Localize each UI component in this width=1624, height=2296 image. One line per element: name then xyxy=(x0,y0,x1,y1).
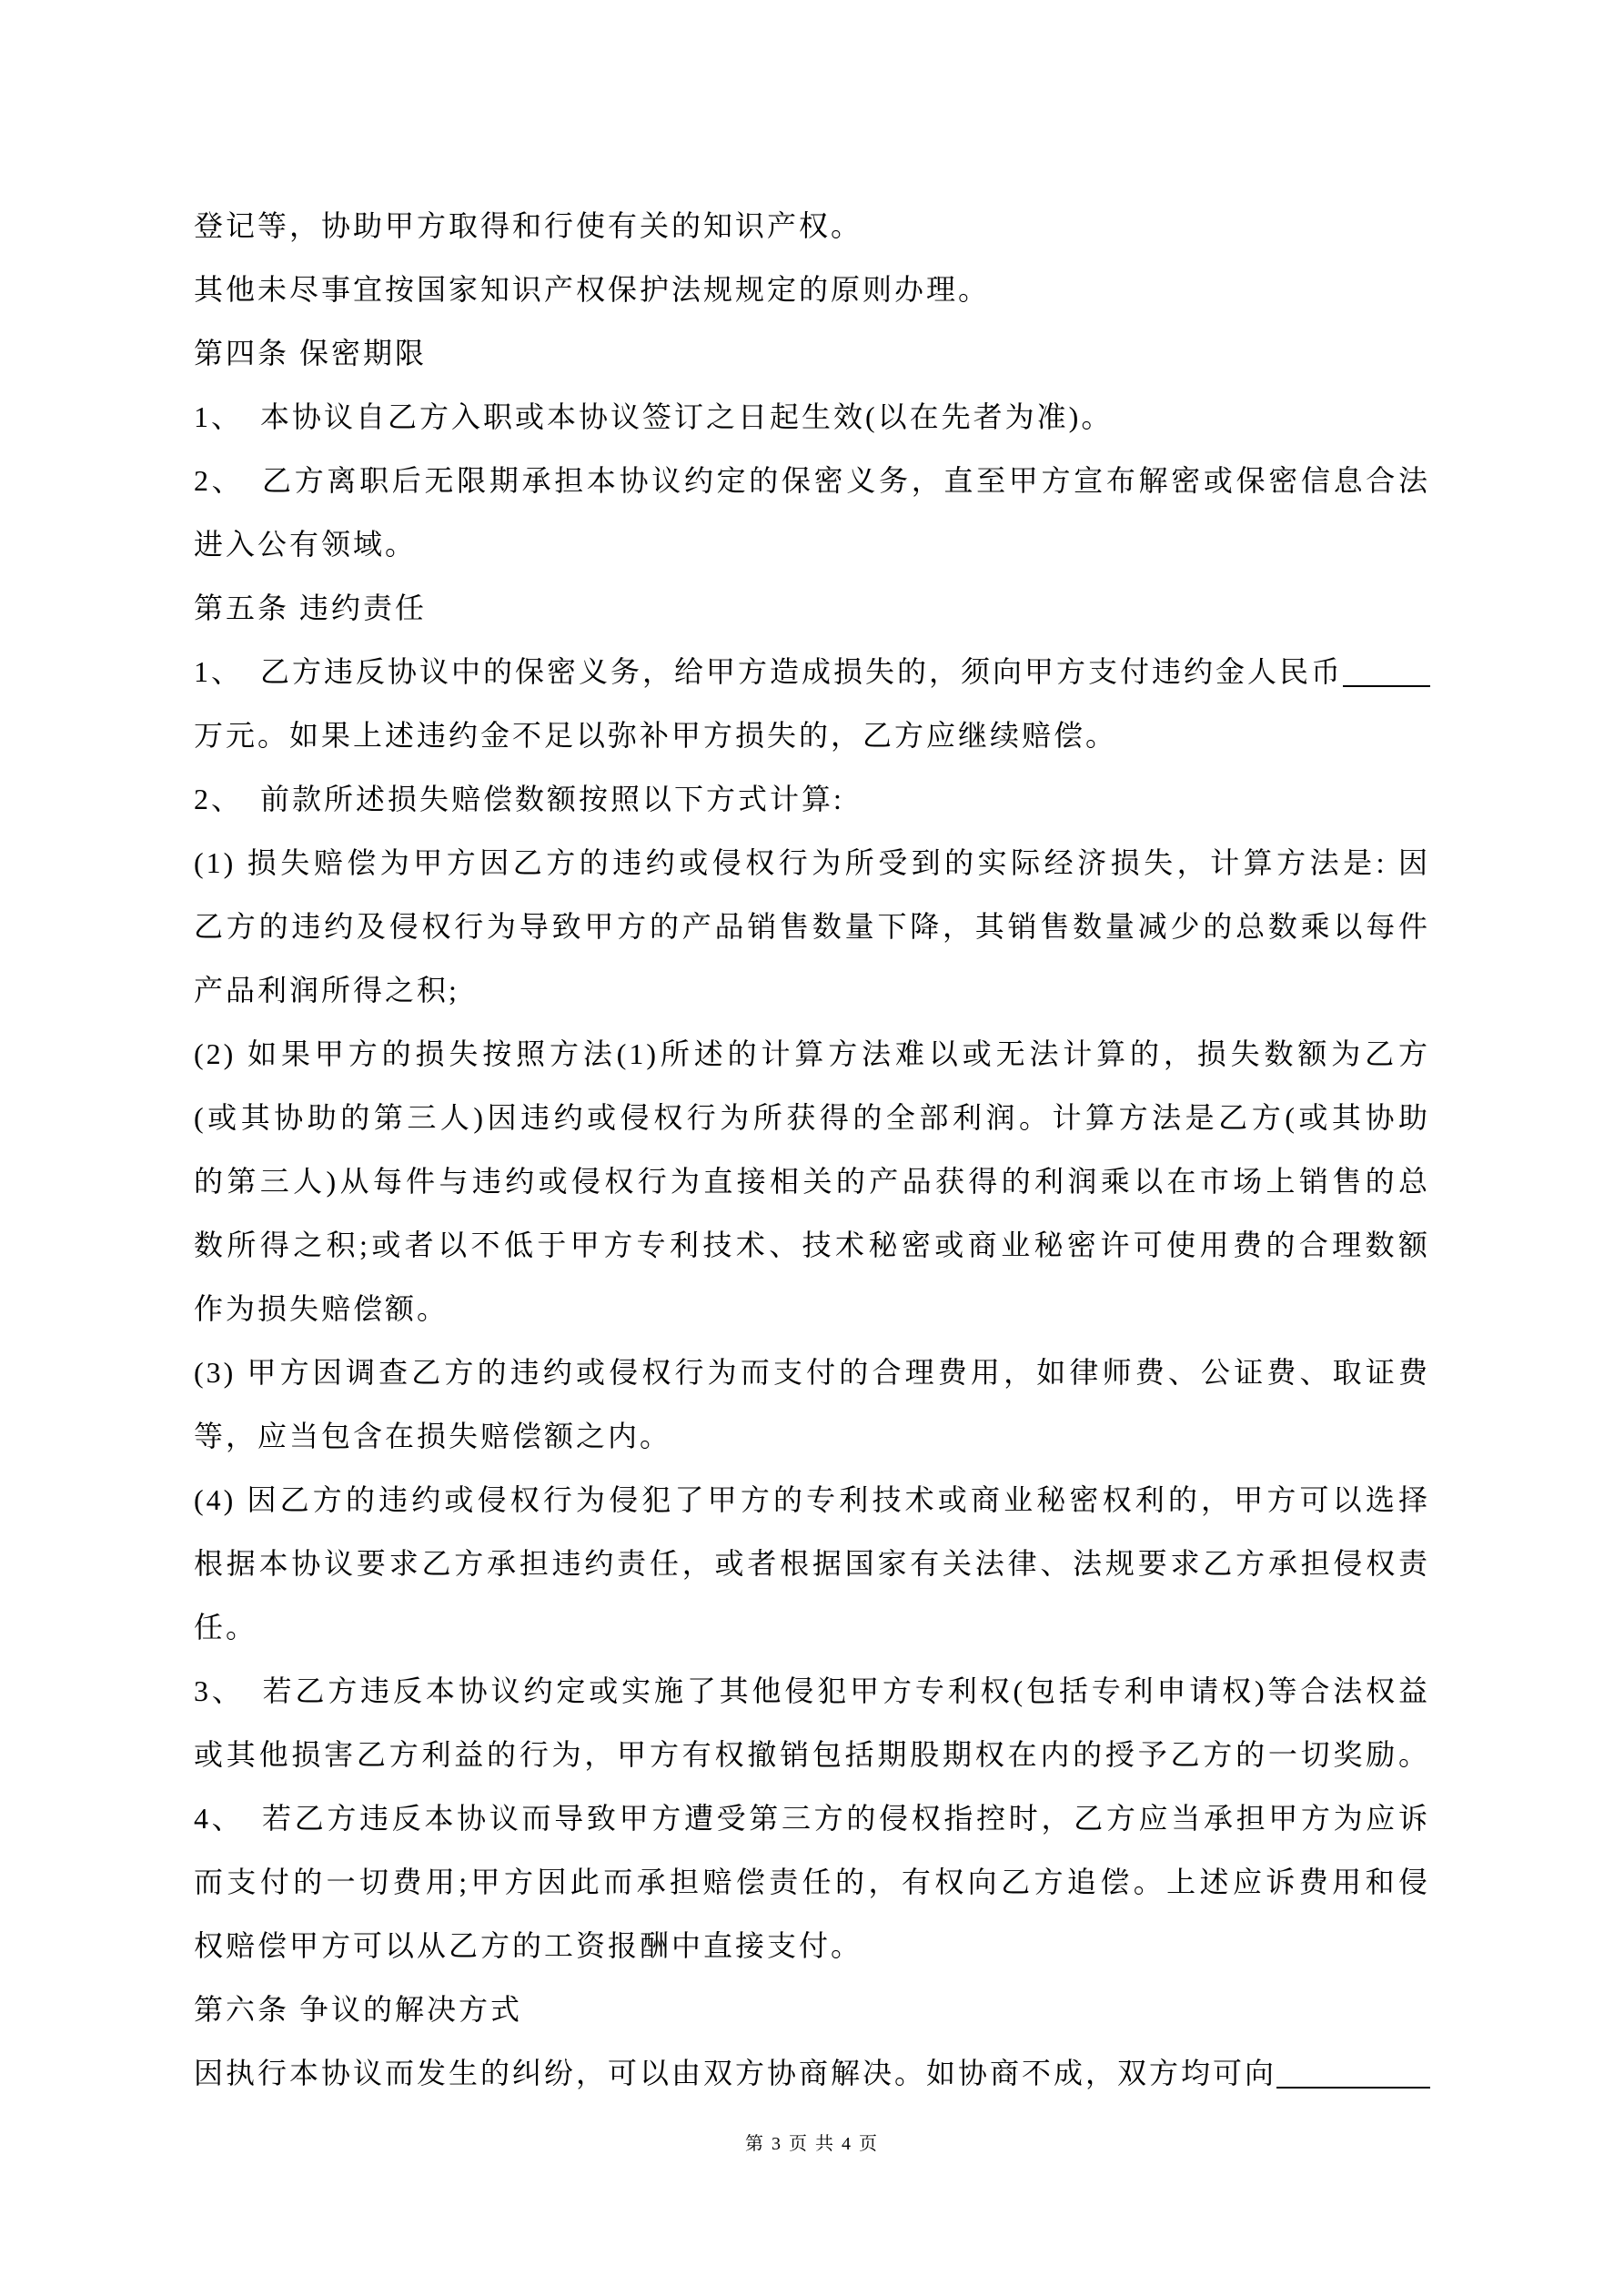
text-line: (3) 甲方因调查乙方的违约或侵权行为而支付的合理费用，如律师费、公证费、取证费 xyxy=(194,1340,1430,1404)
text-line-text: 1、 乙方违反协议中的保密义务，给甲方造成损失的，须向甲方支付违约金人民币 xyxy=(194,640,1343,703)
text-line: 其他未尽事宜按国家知识产权保护法规规定的原则办理。 xyxy=(194,258,1430,321)
text-line: 作为损失赔偿额。 xyxy=(194,1277,1430,1340)
text-line: 产品利润所得之积; xyxy=(194,958,1430,1022)
text-line: 或其他损害乙方利益的行为，甲方有权撤销包括期股期权在内的授予乙方的一切奖励。 xyxy=(194,1723,1430,1786)
text-line: 3、 若乙方违反本协议约定或实施了其他侵犯甲方专利权(包括专利申请权)等合法权益 xyxy=(194,1659,1430,1723)
text-line: 根据本协议要求乙方承担违约责任，或者根据国家有关法律、法规要求乙方承担侵权责 xyxy=(194,1532,1430,1595)
text-line: 因执行本协议而发生的纠纷，可以由双方协商解决。如协商不成，双方均可向 xyxy=(194,2041,1430,2105)
section-heading: 第六条 争议的解决方式 xyxy=(194,1977,1430,2041)
text-line: 而支付的一切费用;甲方因此而承担赔偿责任的，有权向乙方追偿。上述应诉费用和侵 xyxy=(194,1850,1430,1914)
text-line: 登记等，协助甲方取得和行使有关的知识产权。 xyxy=(194,194,1430,258)
document-body: 登记等，协助甲方取得和行使有关的知识产权。其他未尽事宜按国家知识产权保护法规规定… xyxy=(194,194,1430,2105)
page-footer: 第 3 页 共 4 页 xyxy=(0,2112,1624,2176)
document-page: 登记等，协助甲方取得和行使有关的知识产权。其他未尽事宜按国家知识产权保护法规规定… xyxy=(0,0,1624,2296)
section-heading: 第四条 保密期限 xyxy=(194,321,1430,385)
text-line: 2、 前款所述损失赔偿数额按照以下方式计算: xyxy=(194,767,1430,831)
text-line: 4、 若乙方违反本协议而导致甲方遭受第三方的侵权指控时，乙方应当承担甲方为应诉 xyxy=(194,1786,1430,1850)
text-line: 权赔偿甲方可以从乙方的工资报酬中直接支付。 xyxy=(194,1914,1430,1977)
blank-underline xyxy=(1276,2041,1430,2089)
text-line-text: 因执行本协议而发生的纠纷，可以由双方协商解决。如协商不成，双方均可向 xyxy=(194,2041,1276,2105)
text-line: 1、 乙方违反协议中的保密义务，给甲方造成损失的，须向甲方支付违约金人民币 xyxy=(194,640,1430,703)
section-heading: 第五条 违约责任 xyxy=(194,576,1430,640)
text-line: 乙方的违约及侵权行为导致甲方的产品销售数量下降，其销售数量减少的总数乘以每件 xyxy=(194,895,1430,958)
text-line: 进入公有领域。 xyxy=(194,512,1430,576)
text-line: (2) 如果甲方的损失按照方法(1)所述的计算方法难以或无法计算的，损失数额为乙… xyxy=(194,1022,1430,1086)
text-line: 万元。如果上述违约金不足以弥补甲方损失的，乙方应继续赔偿。 xyxy=(194,703,1430,767)
text-line: (或其协助的第三人)因违约或侵权行为所获得的全部利润。计算方法是乙方(或其协助 xyxy=(194,1086,1430,1149)
text-line: (4) 因乙方的违约或侵权行为侵犯了甲方的专利技术或商业秘密权利的，甲方可以选择 xyxy=(194,1468,1430,1532)
text-line: (1) 损失赔偿为甲方因乙方的违约或侵权行为所受到的实际经济损失，计算方法是: … xyxy=(194,831,1430,895)
text-line: 等，应当包含在损失赔偿额之内。 xyxy=(194,1404,1430,1468)
text-line: 2、 乙方离职后无限期承担本协议约定的保密义务，直至甲方宣布解密或保密信息合法 xyxy=(194,449,1430,512)
blank-underline xyxy=(1343,640,1430,687)
text-line: 任。 xyxy=(194,1595,1430,1659)
text-line: 的第三人)从每件与违约或侵权行为直接相关的产品获得的利润乘以在市场上销售的总 xyxy=(194,1149,1430,1213)
text-line: 1、 本协议自乙方入职或本协议签订之日起生效(以在先者为准)。 xyxy=(194,385,1430,449)
page-number: 第 3 页 共 4 页 xyxy=(745,2134,879,2154)
text-line: 数所得之积;或者以不低于甲方专利技术、技术秘密或商业秘密许可使用费的合理数额 xyxy=(194,1213,1430,1277)
